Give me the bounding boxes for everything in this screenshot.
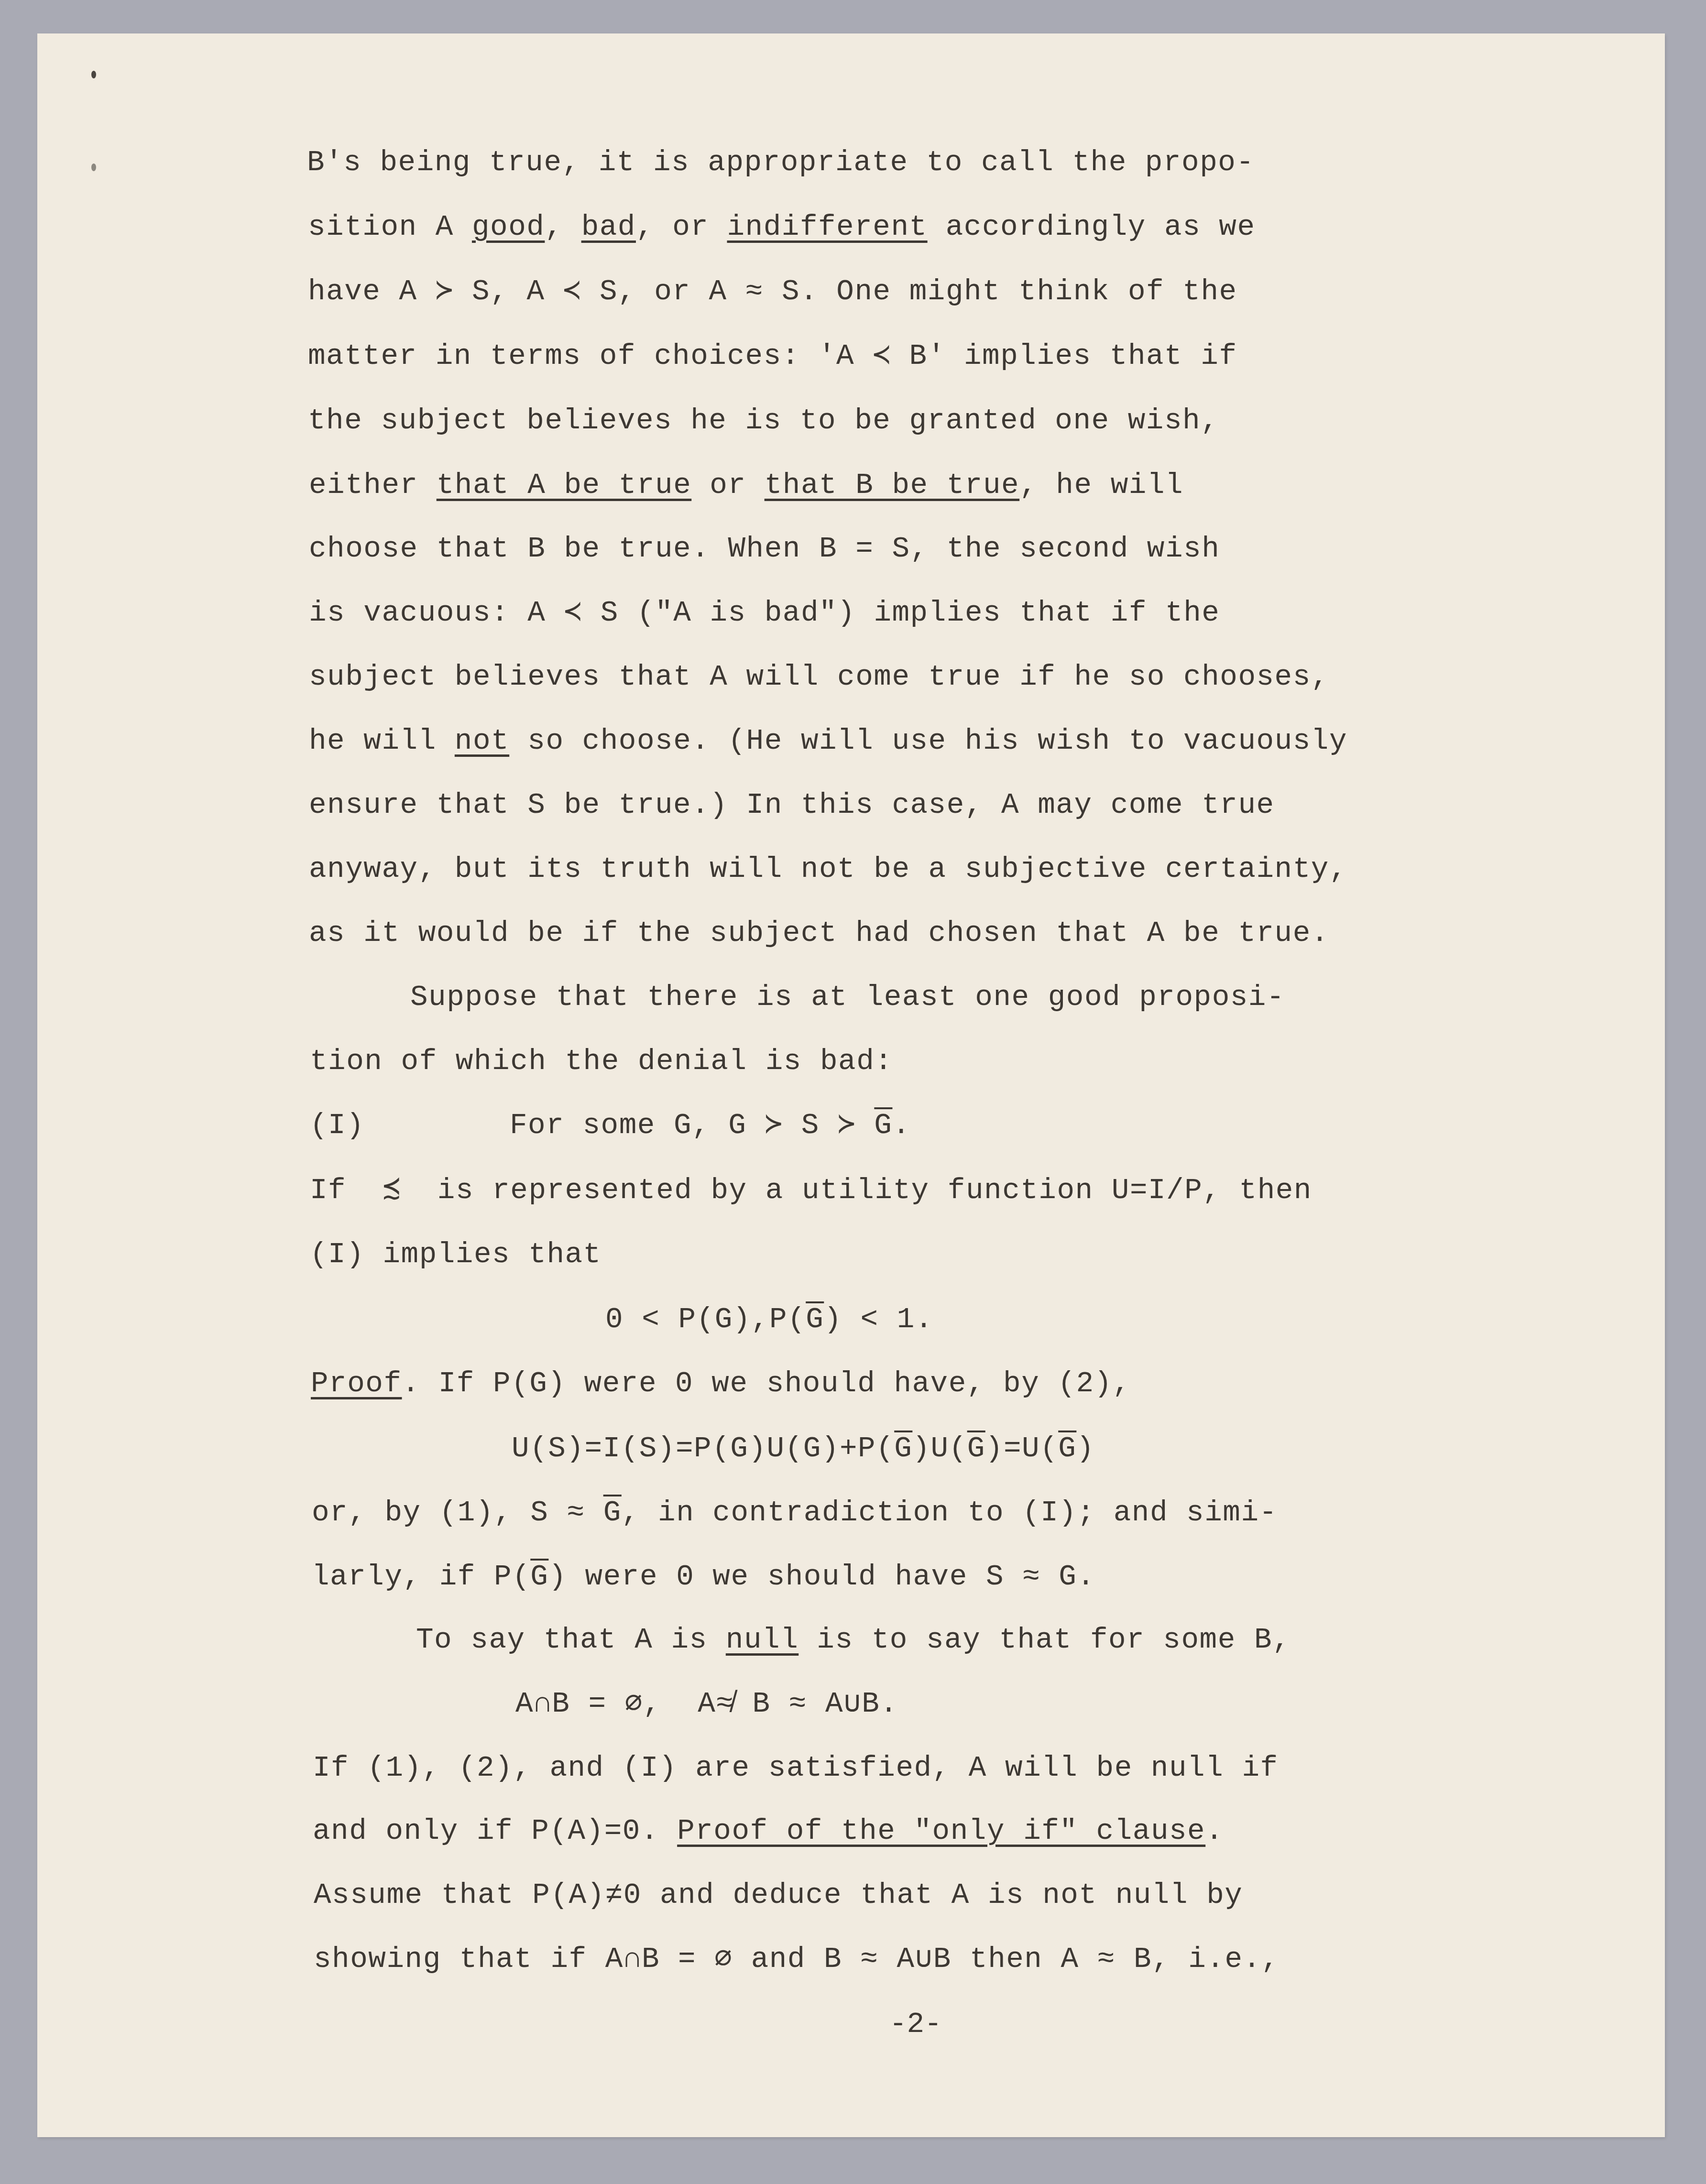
overlined-symbol: G bbox=[603, 1496, 622, 1529]
text-line: anyway, but its truth will not be a subj… bbox=[309, 855, 1347, 884]
display-equation: 0 < P(G),P(G) < 1. bbox=[605, 1305, 933, 1334]
text-segment: larly, if P( bbox=[312, 1561, 530, 1594]
overlined-symbol: G bbox=[1058, 1432, 1076, 1465]
text-segment: ) were 0 we should have S ≈ G. bbox=[548, 1561, 1095, 1594]
text-line: If (1), (2), and (I) are satisfied, A wi… bbox=[313, 1754, 1279, 1783]
text-segment: sition A bbox=[308, 211, 472, 244]
underlined-text: Proof bbox=[311, 1367, 402, 1400]
text-segment: )=U( bbox=[985, 1432, 1058, 1465]
text-segment: If ≾ is represented by a utility functio… bbox=[310, 1174, 1312, 1207]
text-segment: matter in terms of choices: 'A ≺ B' impl… bbox=[308, 340, 1237, 373]
text-segment: anyway, but its truth will not be a subj… bbox=[309, 853, 1347, 886]
text-segment: . bbox=[892, 1109, 910, 1142]
text-segment: either bbox=[309, 469, 437, 502]
underlined-text: not bbox=[455, 725, 509, 758]
text-segment: ensure that S be true.) In this case, A … bbox=[309, 789, 1275, 822]
text-segment: he will bbox=[309, 725, 455, 758]
text-segment: , he will bbox=[1019, 469, 1183, 502]
text-segment: choose that B be true. When B = S, the s… bbox=[309, 533, 1220, 566]
underlined-text: that B be true bbox=[765, 469, 1019, 502]
text-line: subject believes that A will come true i… bbox=[309, 663, 1329, 692]
text-segment: For some G, G ≻ S ≻ bbox=[510, 1109, 874, 1142]
text-line: tion of which the denial is bad: bbox=[310, 1047, 893, 1076]
text-segment: so choose. (He will use his wish to vacu… bbox=[509, 725, 1347, 758]
text-segment: accordingly as we bbox=[928, 211, 1256, 244]
text-segment: , or bbox=[636, 211, 727, 244]
punch-hole-mark bbox=[91, 164, 96, 171]
text-segment: A∩B = ∅, A≉ B ≈ A∪B. bbox=[515, 1688, 898, 1721]
text-line: or, by (1), S ≈ G, in contradiction to (… bbox=[312, 1498, 1278, 1528]
text-line: matter in terms of choices: 'A ≺ B' impl… bbox=[308, 342, 1237, 371]
equation-label: (I) bbox=[310, 1111, 364, 1140]
text-segment: , bbox=[545, 211, 581, 244]
text-line: Assume that P(A)≠0 and deduce that A is … bbox=[314, 1881, 1243, 1910]
text-segment: ) bbox=[1076, 1432, 1094, 1465]
text-line: is vacuous: A ≺ S ("A is bad") implies t… bbox=[309, 599, 1220, 628]
overlined-symbol: G bbox=[530, 1561, 548, 1594]
text-segment: Assume that P(A)≠0 and deduce that A is … bbox=[314, 1879, 1243, 1912]
text-segment: 0 < P(G),P( bbox=[605, 1303, 806, 1336]
text-segment: U(S)=I(S)=P(G)U(G)+P( bbox=[512, 1432, 894, 1465]
text-segment: as it would be if the subject had chosen… bbox=[309, 917, 1329, 950]
text-line: To say that A is null is to say that for… bbox=[416, 1626, 1290, 1655]
text-line: (I) implies that bbox=[310, 1240, 601, 1269]
text-line: sition A good, bad, or indifferent accor… bbox=[308, 213, 1256, 242]
text-line: he will not so choose. (He will use his … bbox=[309, 727, 1347, 756]
text-segment: subject believes that A will come true i… bbox=[309, 661, 1329, 694]
display-equation: U(S)=I(S)=P(G)U(G)+P(G)U(G)=U(G) bbox=[512, 1434, 1094, 1463]
text-segment: the subject believes he is to be granted… bbox=[308, 404, 1219, 437]
text-segment: (I) implies that bbox=[310, 1238, 601, 1271]
text-segment: , in contradiction to (I); and simi- bbox=[622, 1496, 1278, 1529]
text-line: Proof. If P(G) were 0 we should have, by… bbox=[311, 1369, 1131, 1398]
text-segment: (I) bbox=[310, 1109, 364, 1142]
text-line: as it would be if the subject had chosen… bbox=[309, 919, 1329, 948]
text-segment: B's being true, it is appropriate to cal… bbox=[307, 146, 1255, 179]
text-segment: Suppose that there is at least one good … bbox=[410, 981, 1285, 1014]
punch-hole-mark bbox=[91, 71, 96, 78]
text-segment: showing that if A∩B = ∅ and B ≈ A∪B then… bbox=[314, 1943, 1279, 1976]
underlined-text: null bbox=[726, 1624, 798, 1657]
text-segment: If (1), (2), and (I) are satisfied, A wi… bbox=[313, 1752, 1279, 1785]
page-number: -2- bbox=[889, 2008, 942, 2041]
text-line: larly, if P(G) were 0 we should have S ≈… bbox=[312, 1562, 1095, 1592]
text-segment: is to say that for some B, bbox=[798, 1624, 1290, 1657]
text-line: and only if P(A)=0. Proof of the "only i… bbox=[313, 1817, 1224, 1846]
text-line: either that A be true or that B be true,… bbox=[309, 471, 1183, 500]
text-segment: and only if P(A)=0. bbox=[313, 1815, 677, 1848]
underlined-text: that A be true bbox=[437, 469, 691, 502]
underlined-text: good bbox=[472, 211, 545, 244]
overlined-symbol: G bbox=[967, 1432, 985, 1465]
text-segment: To say that A is bbox=[416, 1624, 726, 1657]
text-segment: have A ≻ S, A ≺ S, or A ≈ S. One might t… bbox=[308, 275, 1237, 308]
text-line: If ≾ is represented by a utility functio… bbox=[310, 1176, 1312, 1205]
text-segment: . bbox=[1205, 1815, 1224, 1848]
overlined-symbol: G bbox=[806, 1303, 824, 1336]
text-segment: )U( bbox=[912, 1432, 967, 1465]
display-equation: A∩B = ∅, A≉ B ≈ A∪B. bbox=[515, 1690, 898, 1719]
text-line: the subject believes he is to be granted… bbox=[308, 406, 1219, 436]
text-segment: . If P(G) were 0 we should have, by (2), bbox=[402, 1367, 1131, 1400]
text-line: have A ≻ S, A ≺ S, or A ≈ S. One might t… bbox=[308, 277, 1237, 306]
text-line: B's being true, it is appropriate to cal… bbox=[307, 148, 1255, 177]
text-line: choose that B be true. When B = S, the s… bbox=[309, 535, 1220, 564]
underlined-text: bad bbox=[581, 211, 636, 244]
text-segment: tion of which the denial is bad: bbox=[310, 1045, 893, 1078]
text-segment: is vacuous: A ≺ S ("A is bad") implies t… bbox=[309, 597, 1220, 630]
text-segment: or, by (1), S ≈ bbox=[312, 1496, 603, 1529]
text-line: showing that if A∩B = ∅ and B ≈ A∪B then… bbox=[314, 1945, 1279, 1974]
underlined-text: indifferent bbox=[727, 211, 927, 244]
text-line: Suppose that there is at least one good … bbox=[410, 983, 1285, 1012]
overlined-symbol: G bbox=[874, 1109, 892, 1142]
text-segment: or bbox=[691, 469, 764, 502]
text-segment: ) < 1. bbox=[824, 1303, 933, 1336]
underlined-text: Proof of the "only if" clause bbox=[677, 1815, 1205, 1848]
overlined-symbol: G bbox=[894, 1432, 912, 1465]
text-line: ensure that S be true.) In this case, A … bbox=[309, 791, 1275, 820]
document-page: B's being true, it is appropriate to cal… bbox=[37, 33, 1665, 2137]
text-line: For some G, G ≻ S ≻ G. bbox=[510, 1111, 911, 1140]
